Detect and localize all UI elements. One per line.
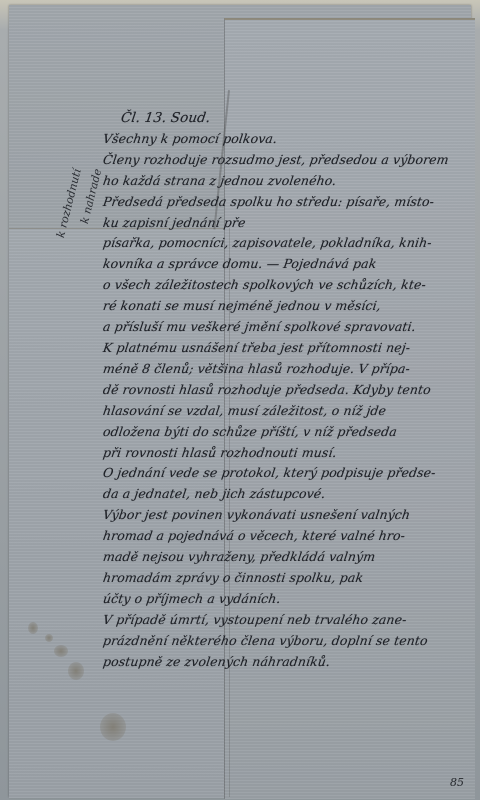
text-line: dě rovnosti hlasů rozhoduje předseda. Kd…	[102, 380, 475, 401]
text-line: Výbor jest povinen vykonávati usnešení v…	[102, 505, 475, 526]
text-line: Členy rozhoduje rozsudmo jest, předsedou…	[102, 150, 475, 171]
manuscript-text: Čl. 13. Soud. Všechny k pomocí polkova. …	[103, 108, 473, 672]
article-heading: Čl. 13. Soud.	[102, 108, 475, 129]
text-line: kovníka a správce domu. — Pojednává pak	[102, 254, 475, 275]
ink-stain	[100, 713, 126, 741]
text-line: ré konati se musí nejméně jednou v měsíc…	[102, 296, 475, 317]
text-line: Předsedá předseda spolku ho středu: písa…	[102, 192, 475, 213]
text-line: postupně ze zvolených náhradníků.	[102, 652, 475, 673]
text-line: Všechny k pomocí polkova.	[102, 129, 475, 150]
text-line: hlasování se vzdal, musí záležitost, o n…	[102, 401, 475, 422]
text-line: da a jednatel, neb jich zástupcové.	[102, 484, 475, 505]
ink-stain	[28, 622, 38, 634]
text-line: K platnému usnášení třeba jest přítomnos…	[102, 338, 475, 359]
ink-stain	[54, 645, 68, 657]
text-line: písařka, pomocníci, zapisovatele, poklad…	[102, 233, 475, 254]
text-line: hromad a pojednává o věcech, které valné…	[102, 526, 475, 547]
text-line: madě nejsou vyhraženy, předkládá valným	[102, 547, 475, 568]
text-line: odložena býti do schůze příští, v níž př…	[102, 422, 475, 443]
text-line: O jednání vede se protokol, který podpis…	[102, 463, 475, 484]
text-line: prázdnění některého člena výboru, doplní…	[102, 631, 475, 652]
text-line: V případě úmrtí, vystoupení neb trvalého…	[102, 610, 475, 631]
text-line: ho každá strana z jednou zvoleného.	[102, 171, 475, 192]
text-line: ku zapisní jednání pře	[102, 213, 475, 234]
page-number: 85	[450, 776, 464, 789]
text-line: a přísluší mu veškeré jmění spolkové spr…	[102, 317, 475, 338]
text-line: účty o příjmech a vydáních.	[102, 589, 475, 610]
ink-stain	[45, 634, 53, 642]
ink-stain	[68, 662, 84, 680]
text-line: hromadám zprávy o činnosti spolku, pak	[102, 568, 475, 589]
text-line: o všech záležitostech spolkových ve schů…	[102, 275, 475, 296]
text-line: při rovnosti hlasů rozhodnouti musí.	[102, 443, 475, 464]
text-line: méně 8 členů; většina hlasů rozhoduje. V…	[102, 359, 475, 380]
